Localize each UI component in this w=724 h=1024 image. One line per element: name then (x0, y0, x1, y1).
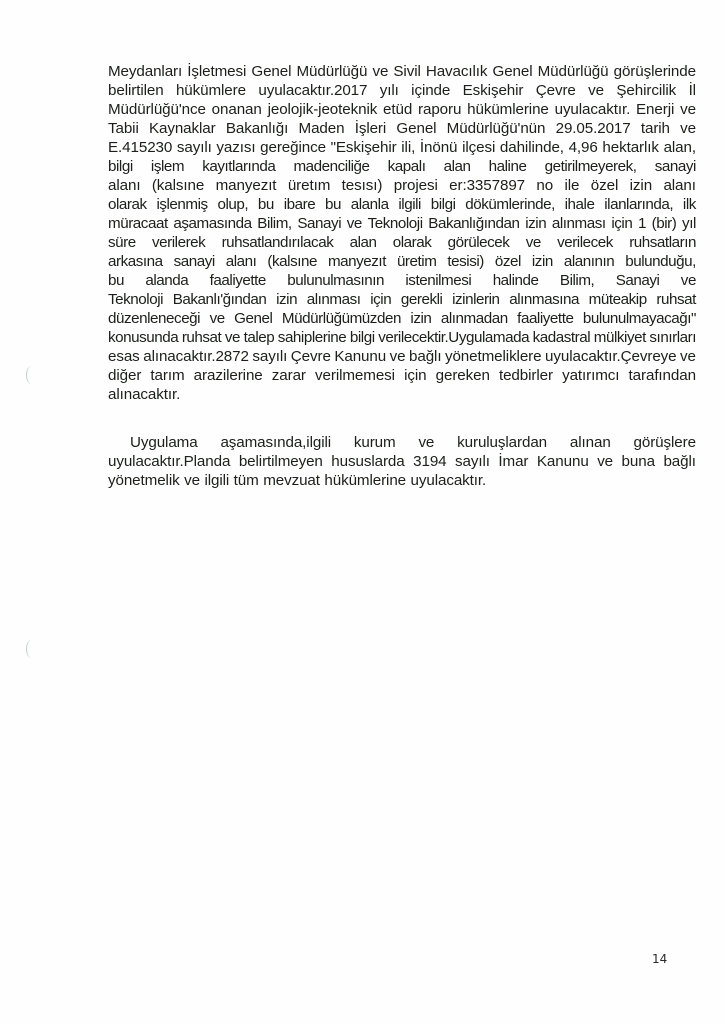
text-line: diğertarımarazilerinezararverilmemesiiçi… (108, 366, 696, 385)
document-page: MeydanlarıİşletmesiGenelMüdürlüğüveSivil… (0, 0, 724, 1024)
text-line: alanı(kalsınemanyezıtüretımtesısı)projes… (108, 176, 696, 195)
text-line: konusundaruhsatvetalepsahiplerinebilgive… (108, 328, 696, 347)
text-line: E.415230sayılıyazısıgereğince"Eskişehiri… (108, 138, 696, 157)
text-line: Müdürlüğü'nceonananjeolojik-jeotekniketü… (108, 100, 696, 119)
text-line: arkasınasanayialanı(kalsınemanyezıtüreti… (108, 252, 696, 271)
text-line: bilgiişlemkayıtlarındamadenciliğekapalıa… (108, 157, 696, 176)
text-line: olarakişlenmişolup,buibarebualanlailgili… (108, 195, 696, 214)
text-line: uyulacaktır.Plandabelirtilmeyenhususlard… (108, 452, 696, 471)
text-line: süreverilerekruhsatlandırılacakalanolara… (108, 233, 696, 252)
text-line: TabiiKaynaklarBakanlığıMadenİşleriGenelM… (108, 119, 696, 138)
text-line: bualandafaaliyettebulunulmasınınistenilm… (108, 271, 696, 290)
punch-hole-mark (26, 640, 37, 658)
text-line: esasalınacaktır.2872sayılıÇevreKanunuveb… (108, 347, 696, 366)
punch-hole-mark (26, 366, 37, 384)
text-line: MeydanlarıİşletmesiGenelMüdürlüğüveSivil… (108, 62, 696, 81)
text-line: düzenleneceğiveGenelMüdürlüğümüzdenizina… (108, 309, 696, 328)
page-number: 14 (652, 952, 667, 966)
text-line: alınacaktır. (108, 385, 696, 404)
text-line: belirtilenhükümlereuyulacaktır.2017yılıi… (108, 81, 696, 100)
text-line: müracaataşamasındaBilim,SanayiveTeknoloj… (108, 214, 696, 233)
text-line: TeknolojiBakanlı'ğındanizinalınmasıiçing… (108, 290, 696, 309)
text-line: yönetmelikveilgilitümmevzuathükümlerineu… (108, 471, 696, 490)
text-line: Uygulamaaşamasında,ilgilikurumvekuruluşl… (130, 433, 696, 452)
